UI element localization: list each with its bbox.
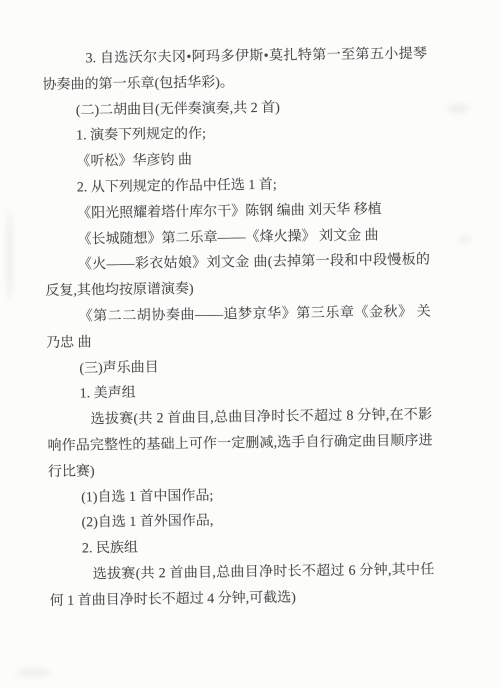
para-piece-fire-caiyi-guniang: 《火——彩衣姑娘》刘文金 曲(去掉第一段和中段慢板的反复,其他均按原谱演奏) bbox=[45, 248, 431, 305]
scan-smudge bbox=[6, 210, 13, 300]
scanned-document-page: 3. 自选沃尔夫冈•阿玛多伊斯•莫扎特第一至第五小提琴协奏曲的第一乐章(包括华彩… bbox=[0, 0, 500, 688]
para-folk-selection-rules: 选拔赛(共 2 首曲目,总曲目净时长不超过 6 分钟,其中任何 1 首曲目净时长… bbox=[49, 558, 435, 615]
scan-smudge bbox=[447, 104, 469, 113]
scan-smudge bbox=[16, 668, 50, 677]
document-text-block: 3. 自选沃尔夫冈•阿玛多伊斯•莫扎特第一至第五小提琴协奏曲的第一乐章(包括华彩… bbox=[42, 42, 435, 615]
para-bel-canto-selection-rules: 选拔赛(共 2 首曲目,总曲目净时长不超过 8 分钟,在不影响作品完整性的基础上… bbox=[47, 403, 433, 486]
para-mozart-violin-concerto: 3. 自选沃尔夫冈•阿玛多伊斯•莫扎特第一至第五小提琴协奏曲的第一乐章(包括华彩… bbox=[42, 42, 428, 99]
para-piece-second-erhu-concerto: 《第二二胡协奏曲——追梦京华》第三乐章《金秋》 关乃忠 曲 bbox=[46, 300, 432, 357]
scan-smudge bbox=[458, 236, 472, 243]
